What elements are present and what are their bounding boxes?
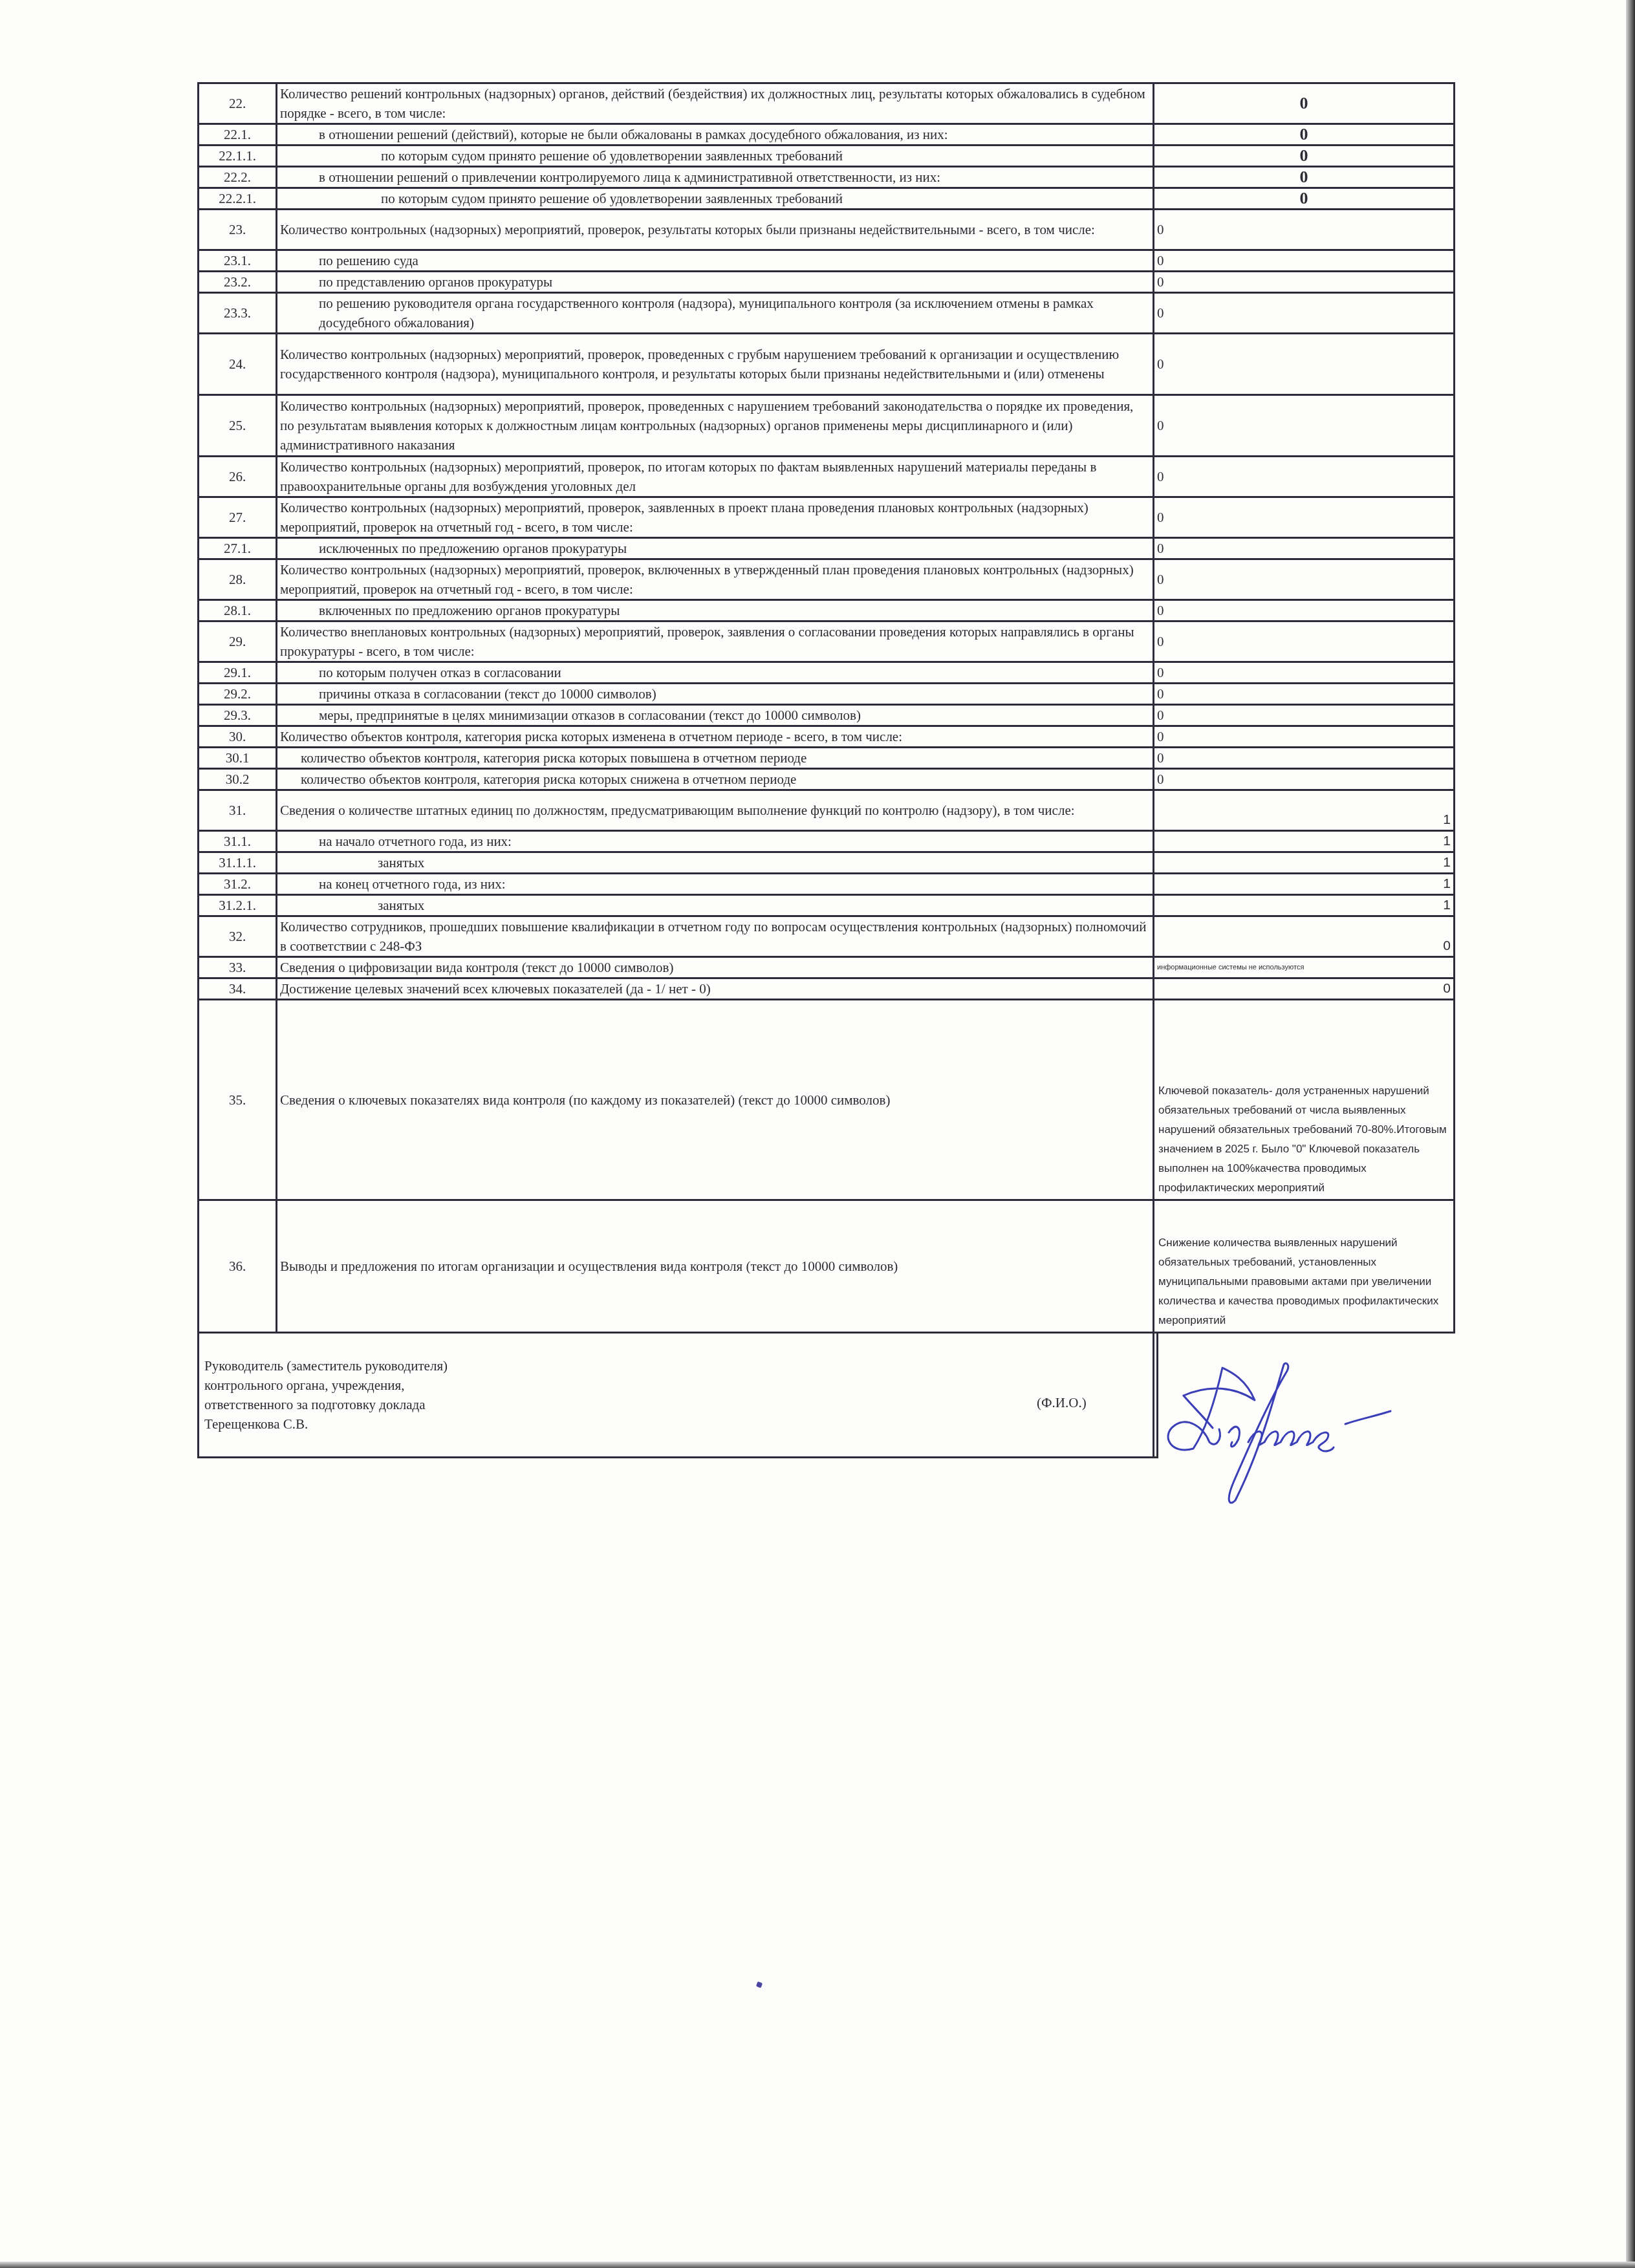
- row-value: 0: [1154, 293, 1455, 334]
- row-text: количество объектов контроля, категория …: [277, 769, 1154, 790]
- row-text: в отношении решений (действий), которые …: [277, 124, 1154, 146]
- row-value: 0: [1154, 250, 1455, 272]
- row-number: 30.2: [199, 769, 277, 790]
- table-row: 28.1. включенных по предложению органов …: [199, 600, 1455, 621]
- table-row: 23.3. по решению руководителя органа гос…: [199, 293, 1455, 334]
- table-row: 32. Количество сотрудников, прошедших по…: [199, 916, 1455, 957]
- row-value: 0: [1154, 662, 1455, 684]
- row-text: Достижение целевых значений всех ключевы…: [277, 978, 1154, 1000]
- row-number: 24.: [199, 334, 277, 395]
- row-value: 0: [1154, 146, 1455, 167]
- report-table: 22. Количество решений контрольных (надз…: [197, 82, 1455, 1334]
- row-text: Количество контрольных (надзорных) мероп…: [277, 457, 1154, 497]
- table-row: 23. Количество контрольных (надзорных) м…: [199, 210, 1455, 250]
- row-number: 31.1.1.: [199, 852, 277, 874]
- row-number: 22.2.: [199, 167, 277, 188]
- row-text: по решению суда: [277, 250, 1154, 272]
- table-row: 30.2 количество объектов контроля, катег…: [199, 769, 1455, 790]
- row-value: 0: [1154, 769, 1455, 790]
- row-value: 1: [1154, 831, 1455, 852]
- row-value: информационные системы не используются: [1154, 957, 1455, 978]
- signer-name: Терещенкова С.В.: [204, 1414, 448, 1434]
- row-text: по которым судом принято решение об удов…: [277, 188, 1154, 210]
- row-text: Количество контрольных (надзорных) мероп…: [277, 497, 1154, 538]
- signature-cell-border: [1153, 1332, 1154, 1458]
- table-row: 22.1. в отношении решений (действий), ко…: [199, 124, 1455, 146]
- row-text: занятых: [277, 852, 1154, 874]
- row-value: 0: [1154, 705, 1455, 726]
- row-value: 0: [1154, 334, 1455, 395]
- row-value: 0: [1154, 272, 1455, 293]
- row-text: по которым получен отказ в согласовании: [277, 662, 1154, 684]
- row-value: Ключевой показатель- доля устраненных на…: [1154, 1000, 1455, 1200]
- table-row: 31.2.1. занятых 1: [199, 895, 1455, 916]
- scan-edge-bottom: [0, 2262, 1635, 2268]
- ink-speck: [756, 1982, 763, 1988]
- table-row: 35. Сведения о ключевых показателях вида…: [199, 1000, 1455, 1200]
- row-number: 33.: [199, 957, 277, 978]
- row-text: Количество контрольных (надзорных) мероп…: [277, 334, 1154, 395]
- row-value: 0: [1154, 167, 1455, 188]
- table-row: 30. Количество объектов контроля, катего…: [199, 726, 1455, 748]
- row-text: исключенных по предложению органов проку…: [277, 538, 1154, 559]
- table-row: 36. Выводы и предложения по итогам орган…: [199, 1200, 1455, 1333]
- row-number: 22.1.1.: [199, 146, 277, 167]
- row-text: Количество внеплановых контрольных (надз…: [277, 621, 1154, 662]
- row-value: 1: [1154, 790, 1455, 831]
- table-row: 31.1. на начало отчетного года, из них: …: [199, 831, 1455, 852]
- row-number: 27.: [199, 497, 277, 538]
- table-row: 29.3. меры, предпринятые в целях минимиз…: [199, 705, 1455, 726]
- table-row: 29.2. причины отказа в согласовании (тек…: [199, 684, 1455, 705]
- table-row: 27. Количество контрольных (надзорных) м…: [199, 497, 1455, 538]
- row-text: меры, предпринятые в целях минимизации о…: [277, 705, 1154, 726]
- row-text: в отношении решений о привлечении контро…: [277, 167, 1154, 188]
- row-text: по которым судом принято решение об удов…: [277, 146, 1154, 167]
- row-value: 0: [1154, 83, 1455, 124]
- row-value: 0: [1154, 684, 1455, 705]
- row-number: 23.1.: [199, 250, 277, 272]
- row-value: 0: [1154, 395, 1455, 457]
- row-value: 1: [1154, 874, 1455, 895]
- row-text: Сведения о цифровизации вида контроля (т…: [277, 957, 1154, 978]
- row-value: 0: [1154, 916, 1455, 957]
- table-row: 22.2. в отношении решений о привлечении …: [199, 167, 1455, 188]
- row-number: 28.1.: [199, 600, 277, 621]
- table-row: 22.2.1. по которым судом принято решение…: [199, 188, 1455, 210]
- scan-edge-shadow: [1626, 0, 1635, 2268]
- row-text: включенных по предложению органов прокур…: [277, 600, 1154, 621]
- row-text: Количество контрольных (надзорных) мероп…: [277, 559, 1154, 600]
- row-value: 0: [1154, 457, 1455, 497]
- row-number: 22.1.: [199, 124, 277, 146]
- handwritten-signature-icon: [1158, 1352, 1403, 1507]
- row-text: по представлению органов прокуратуры: [277, 272, 1154, 293]
- row-number: 23.: [199, 210, 277, 250]
- row-number: 35.: [199, 1000, 277, 1200]
- row-text: Количество контрольных (надзорных) мероп…: [277, 210, 1154, 250]
- row-number: 22.2.1.: [199, 188, 277, 210]
- row-text: Количество решений контрольных (надзорны…: [277, 83, 1154, 124]
- row-value: 0: [1154, 497, 1455, 538]
- row-number: 30.: [199, 726, 277, 748]
- table-row: 29.1. по которым получен отказ в согласо…: [199, 662, 1455, 684]
- row-value: 0: [1154, 978, 1455, 1000]
- row-number: 29.3.: [199, 705, 277, 726]
- row-value: 0: [1154, 538, 1455, 559]
- row-text: Сведения о ключевых показателях вида кон…: [277, 1000, 1154, 1200]
- row-value: 0: [1154, 188, 1455, 210]
- row-number: 23.3.: [199, 293, 277, 334]
- row-number: 26.: [199, 457, 277, 497]
- row-number: 31.2.1.: [199, 895, 277, 916]
- table-row: 34. Достижение целевых значений всех клю…: [199, 978, 1455, 1000]
- row-number: 31.: [199, 790, 277, 831]
- row-number: 30.1: [199, 748, 277, 769]
- table-row: 24. Количество контрольных (надзорных) м…: [199, 334, 1455, 395]
- table-row: 28. Количество контрольных (надзорных) м…: [199, 559, 1455, 600]
- table-row: 26. Количество контрольных (надзорных) м…: [199, 457, 1455, 497]
- row-value: 0: [1154, 621, 1455, 662]
- row-text: Количество объектов контроля, категория …: [277, 726, 1154, 748]
- row-value: 0: [1154, 726, 1455, 748]
- row-text: Количество сотрудников, прошедших повыше…: [277, 916, 1154, 957]
- table-row: 31.2. на конец отчетного года, из них: 1: [199, 874, 1455, 895]
- row-number: 31.2.: [199, 874, 277, 895]
- row-value: 0: [1154, 124, 1455, 146]
- row-value: 1: [1154, 852, 1455, 874]
- row-value: 1: [1154, 895, 1455, 916]
- table-row: 31. Сведения о количестве штатных единиц…: [199, 790, 1455, 831]
- row-text: количество объектов контроля, категория …: [277, 748, 1154, 769]
- table-row: 31.1.1. занятых 1: [199, 852, 1455, 874]
- table-row: 23.2. по представлению органов прокурату…: [199, 272, 1455, 293]
- table-row: 22.1.1. по которым судом принято решение…: [199, 146, 1455, 167]
- signature-block: Руководитель (заместитель руководителя) …: [197, 1332, 1158, 1458]
- signer-caption: Руководитель (заместитель руководителя) …: [204, 1356, 448, 1434]
- table-row: 30.1 количество объектов контроля, катег…: [199, 748, 1455, 769]
- row-text: Количество контрольных (надзорных) мероп…: [277, 395, 1154, 457]
- row-number: 29.1.: [199, 662, 277, 684]
- row-number: 32.: [199, 916, 277, 957]
- row-value: 0: [1154, 748, 1455, 769]
- signer-line-2: контрольного органа, учреждения,: [204, 1376, 448, 1395]
- row-text: Сведения о количестве штатных единиц по …: [277, 790, 1154, 831]
- row-value: 0: [1154, 210, 1455, 250]
- row-text: по решению руководителя органа государст…: [277, 293, 1154, 334]
- signer-line-3: ответственного за подготовку доклада: [204, 1395, 448, 1414]
- fio-label: (Ф.И.О.): [1037, 1395, 1087, 1411]
- row-number: 22.: [199, 83, 277, 124]
- table-row: 33. Сведения о цифровизации вида контрол…: [199, 957, 1455, 978]
- table-row: 22. Количество решений контрольных (надз…: [199, 83, 1455, 124]
- row-text: на конец отчетного года, из них:: [277, 874, 1154, 895]
- table-row: 23.1. по решению суда 0: [199, 250, 1455, 272]
- signer-line-1: Руководитель (заместитель руководителя): [204, 1356, 448, 1376]
- row-text: Выводы и предложения по итогам организац…: [277, 1200, 1154, 1333]
- row-value: 0: [1154, 559, 1455, 600]
- row-value: Снижение количества выявленных нарушений…: [1154, 1200, 1455, 1333]
- row-value: 0: [1154, 600, 1455, 621]
- row-number: 27.1.: [199, 538, 277, 559]
- row-number: 25.: [199, 395, 277, 457]
- row-number: 29.: [199, 621, 277, 662]
- table-row: 29. Количество внеплановых контрольных (…: [199, 621, 1455, 662]
- row-number: 36.: [199, 1200, 277, 1333]
- table-row: 27.1. исключенных по предложению органов…: [199, 538, 1455, 559]
- row-text: занятых: [277, 895, 1154, 916]
- row-number: 31.1.: [199, 831, 277, 852]
- row-number: 29.2.: [199, 684, 277, 705]
- row-number: 23.2.: [199, 272, 277, 293]
- row-text: причины отказа в согласовании (текст до …: [277, 684, 1154, 705]
- row-number: 34.: [199, 978, 277, 1000]
- row-number: 28.: [199, 559, 277, 600]
- table-row: 25. Количество контрольных (надзорных) м…: [199, 395, 1455, 457]
- row-text: на начало отчетного года, из них:: [277, 831, 1154, 852]
